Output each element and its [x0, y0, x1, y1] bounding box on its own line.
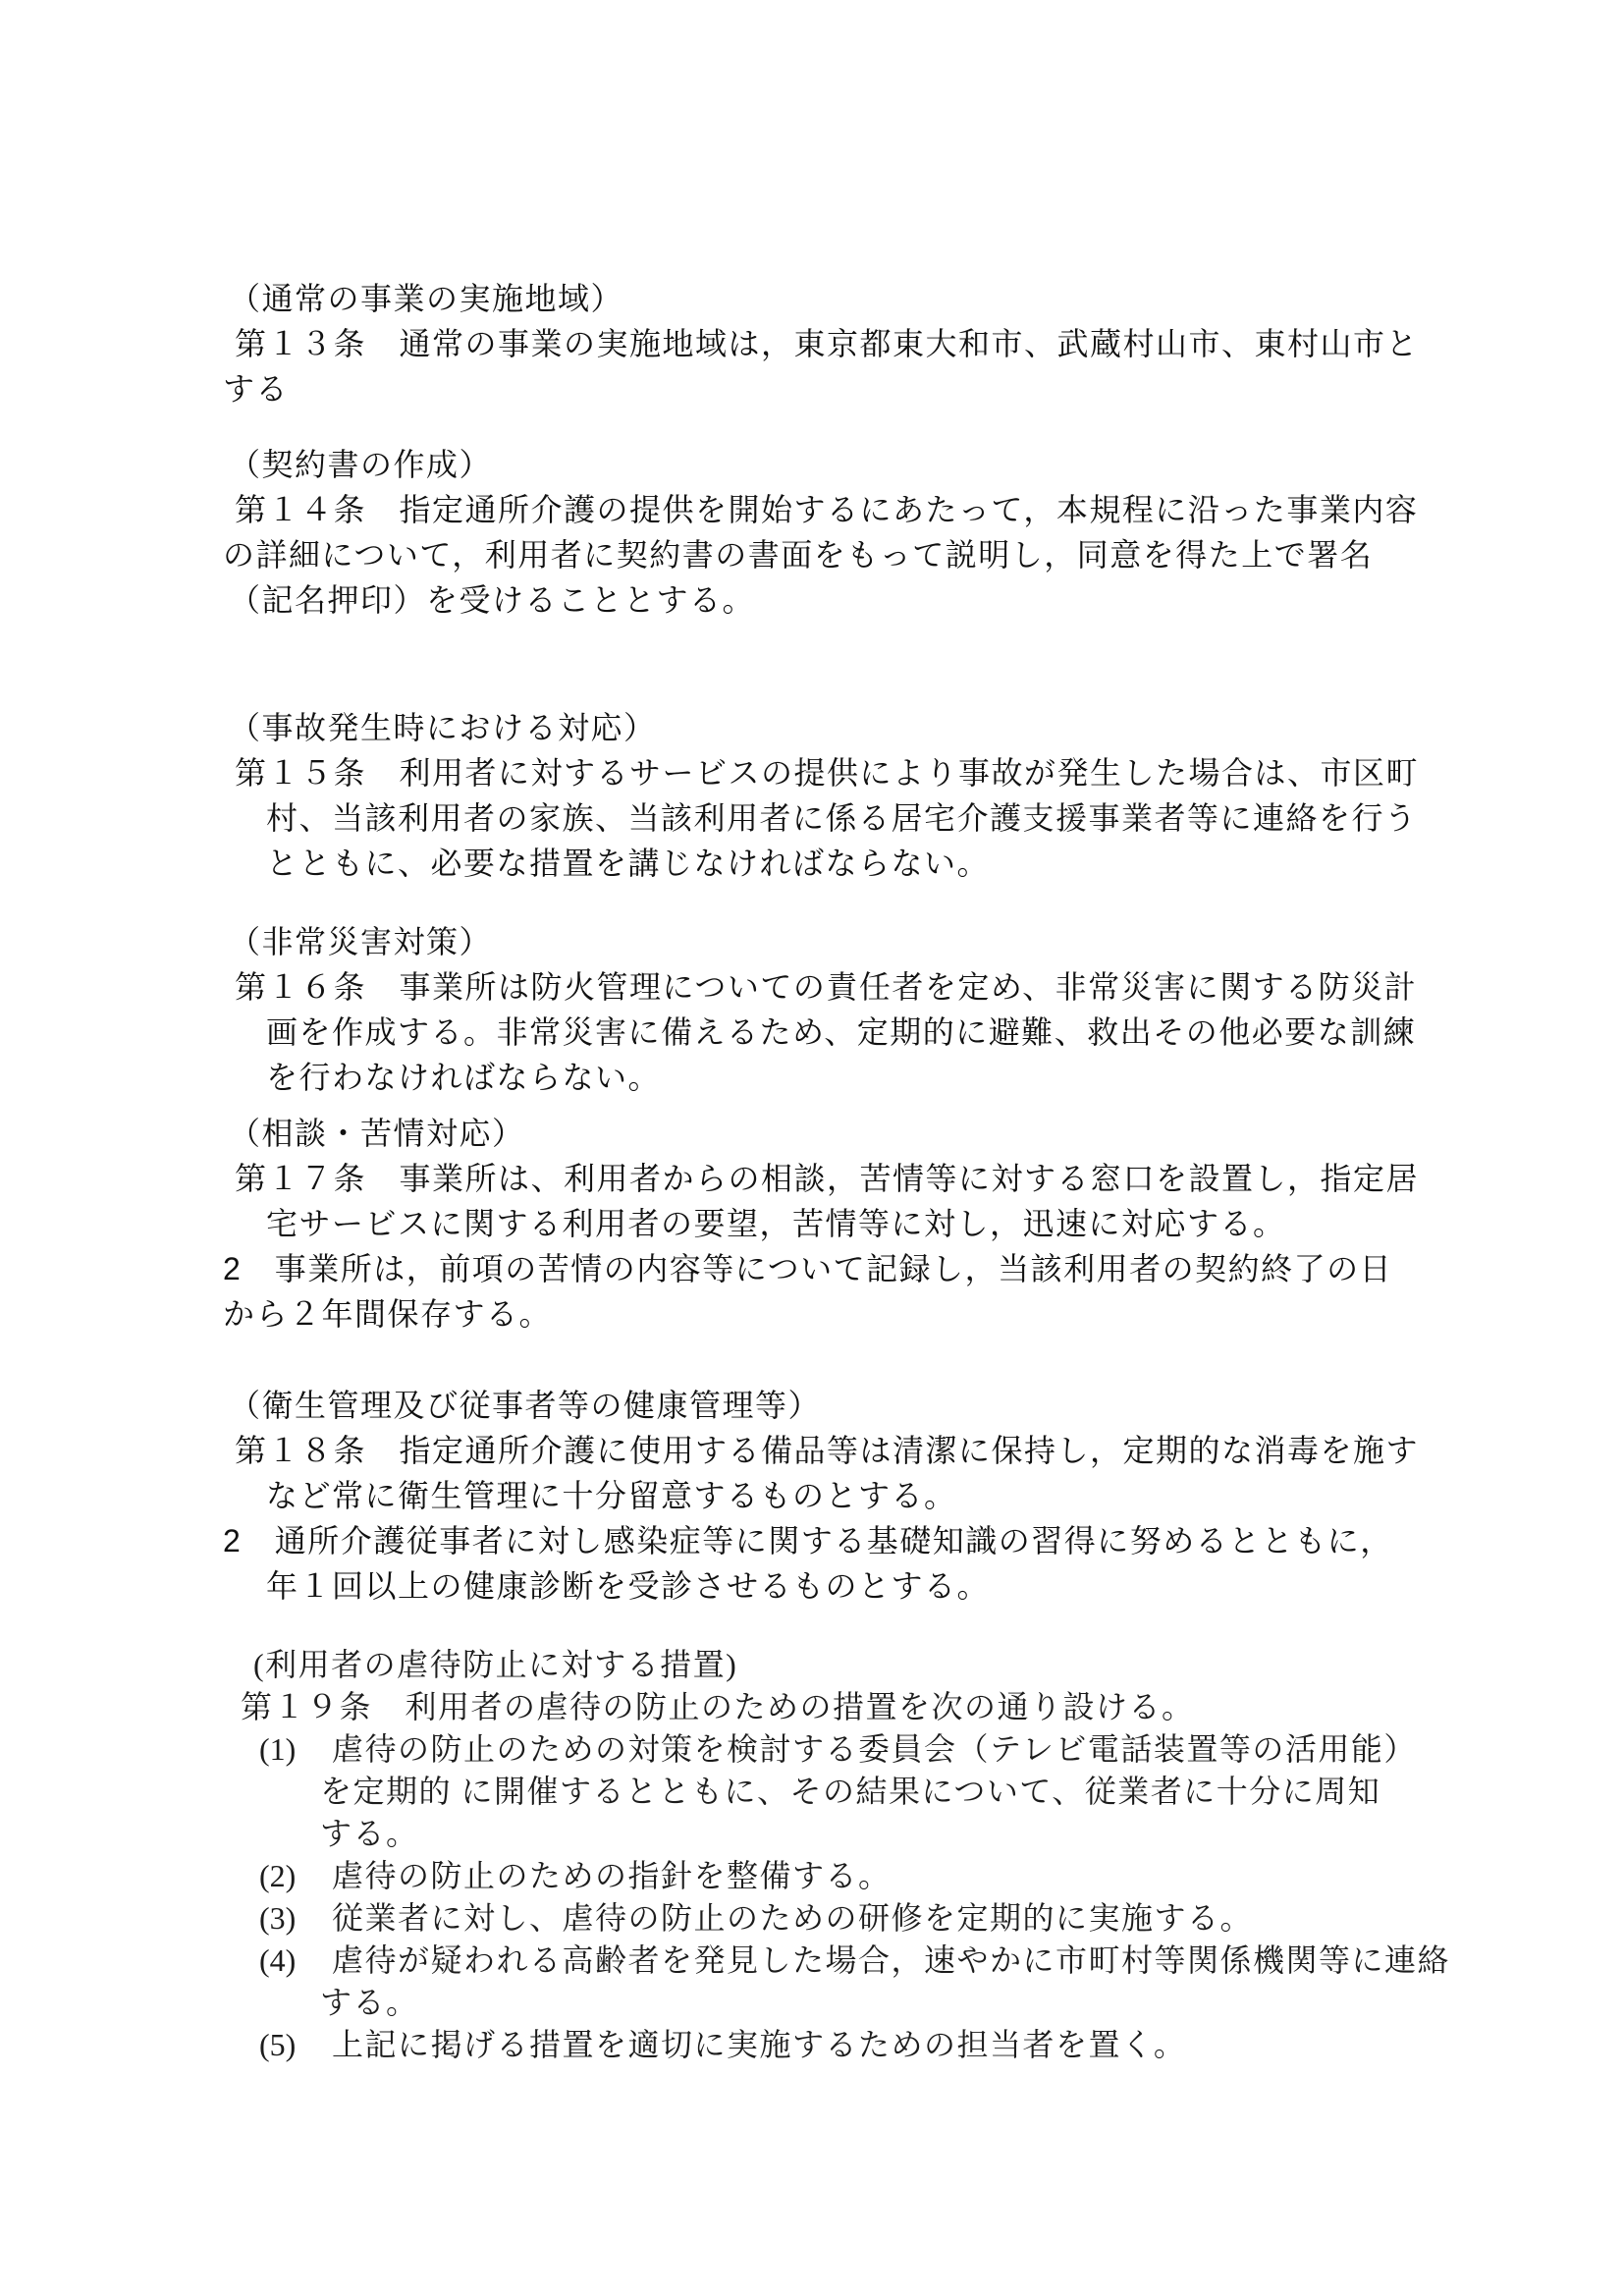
item-text: 上記に掲げる措置を適切に実施するための担当者を置く。 — [332, 2027, 1186, 2062]
document-line: とともに、必要な措置を講じなければならない。 — [221, 841, 1488, 886]
section-article-17-soudan-kujou-taiou: （相談・苦情対応）第１７条 事業所は、利用者からの相談，苦情等に対する窓口を設置… — [221, 1111, 1488, 1337]
document-line: （相談・苦情対応） — [221, 1111, 1488, 1156]
document-line: （通常の事業の実施地域） — [221, 276, 1488, 321]
document-line: を行わなければならない。 — [221, 1055, 1488, 1100]
section-article-15-jiko-hassei-taiou: （事故発生時における対応）第１５条 利用者に対するサービスの提供により事故が発生… — [221, 705, 1488, 886]
item-number-marker: (5) — [259, 2024, 332, 2066]
document-line: （事故発生時における対応） — [221, 705, 1488, 750]
document-page: （通常の事業の実施地域）第１３条 通常の事業の実施地域は，東京都東大和市、武蔵村… — [0, 0, 1623, 2296]
document-line: の詳細について，利用者に契約書の書面をもって説明し，同意を得た上で署名 — [221, 532, 1488, 577]
item-text: 虐待の防止のための指針を整備する。 — [332, 1858, 892, 1893]
document-line: 第１３条 通常の事業の実施地域は，東京都東大和市、武蔵村山市、東村山市と — [221, 321, 1488, 366]
item-number-marker: (3) — [259, 1897, 332, 1940]
item-number-marker: (1) — [259, 1728, 332, 1771]
item-text: 虐待が疑われる高齢者を発見した場合，速やかに市町村等関係機関等に連絡 — [332, 1942, 1450, 1978]
document-line: 第１５条 利用者に対するサービスの提供により事故が発生した場合は、市区町 — [221, 750, 1488, 795]
document-line: など常に衛生管理に十分留意するものとする。 — [221, 1473, 1488, 1518]
document-line: を定期的 に開催するとともに、その結果について、従業者に十分に周知 — [221, 1771, 1488, 1813]
document-line: （衛生管理及び従事者等の健康管理等） — [221, 1383, 1488, 1428]
item-number-marker: (2) — [259, 1855, 332, 1897]
document-line: (2)虐待の防止のための指針を整備する。 — [221, 1855, 1488, 1897]
document-line: から２年間保存する。 — [221, 1291, 1488, 1337]
item-text: 虐待の防止のための対策を検討する委員会（テレビ電話装置等の活用能） — [332, 1731, 1417, 1767]
item-number-marker: (4) — [259, 1940, 332, 1982]
document-line: （非常災害対策） — [221, 919, 1488, 964]
section-article-18-eisei-kenkou-kanri: （衛生管理及び従事者等の健康管理等）第１８条 指定通所介護に使用する備品等は清潔… — [221, 1383, 1488, 1609]
document-line: する。 — [221, 1813, 1488, 1855]
document-line: 第１４条 指定通所介護の提供を開始するにあたって，本規程に沿った事業内容 — [221, 487, 1488, 532]
section-article-13-jigyou-jisshi-chiiki: （通常の事業の実施地域）第１３条 通常の事業の実施地域は，東京都東大和市、武蔵村… — [221, 276, 1488, 411]
document-line: （契約書の作成） — [221, 442, 1488, 487]
document-line: 画を作成する。非常災害に備えるため、定期的に避難、救出その他必要な訓練 — [221, 1010, 1488, 1055]
section-article-14-keiyakusho-sakusei: （契約書の作成）第１４条 指定通所介護の提供を開始するにあたって，本規程に沿った… — [221, 442, 1488, 623]
document-line: (4)虐待が疑われる高齢者を発見した場合，速やかに市町村等関係機関等に連絡 — [221, 1940, 1488, 1982]
document-line: 第１９条 利用者の虐待の防止のための措置を次の通り設ける。 — [221, 1686, 1488, 1728]
document-line: (5)上記に掲げる措置を適切に実施するための担当者を置く。 — [221, 2024, 1488, 2066]
document-line: する。 — [221, 1982, 1488, 2024]
document-line: 2 通所介護従事者に対し感染症等に関する基礎知識の習得に努めるとともに， — [221, 1518, 1488, 1563]
document-line: 第１６条 事業所は防火管理についての責任者を定め、非常災害に関する防災計 — [221, 964, 1488, 1010]
document-line: 年１回以上の健康診断を受診させるものとする。 — [221, 1563, 1488, 1609]
document-line: 村、当該利用者の家族、当該利用者に係る居宅介護支援事業者等に連絡を行う — [221, 795, 1488, 841]
section-article-19-gyakutai-boushi-sochi: (利用者の虐待防止に対する措置)第１９条 利用者の虐待の防止のための措置を次の通… — [221, 1644, 1488, 2066]
document-line: 第１７条 事業所は、利用者からの相談，苦情等に対する窓口を設置し，指定居 — [221, 1156, 1488, 1201]
document-line: する — [221, 366, 1488, 411]
document-line: 宅サービスに関する利用者の要望，苦情等に対し，迅速に対応する。 — [221, 1201, 1488, 1246]
item-text: 従業者に対し、虐待の防止のための研修を定期的に実施する。 — [332, 1900, 1253, 1936]
document-line: (利用者の虐待防止に対する措置) — [221, 1644, 1488, 1686]
document-line: (3)従業者に対し、虐待の防止のための研修を定期的に実施する。 — [221, 1897, 1488, 1940]
document-line: 2 事業所は，前項の苦情の内容等について記録し，当該利用者の契約終了の日 — [221, 1246, 1488, 1291]
section-article-16-hijou-saigai-taisaku: （非常災害対策）第１６条 事業所は防火管理についての責任者を定め、非常災害に関す… — [221, 919, 1488, 1100]
document-line: (1)虐待の防止のための対策を検討する委員会（テレビ電話装置等の活用能） — [221, 1728, 1488, 1771]
document-line: 第１８条 指定通所介護に使用する備品等は清潔に保持し，定期的な消毒を施す — [221, 1428, 1488, 1473]
document-line: （記名押印）を受けることとする。 — [221, 577, 1488, 623]
